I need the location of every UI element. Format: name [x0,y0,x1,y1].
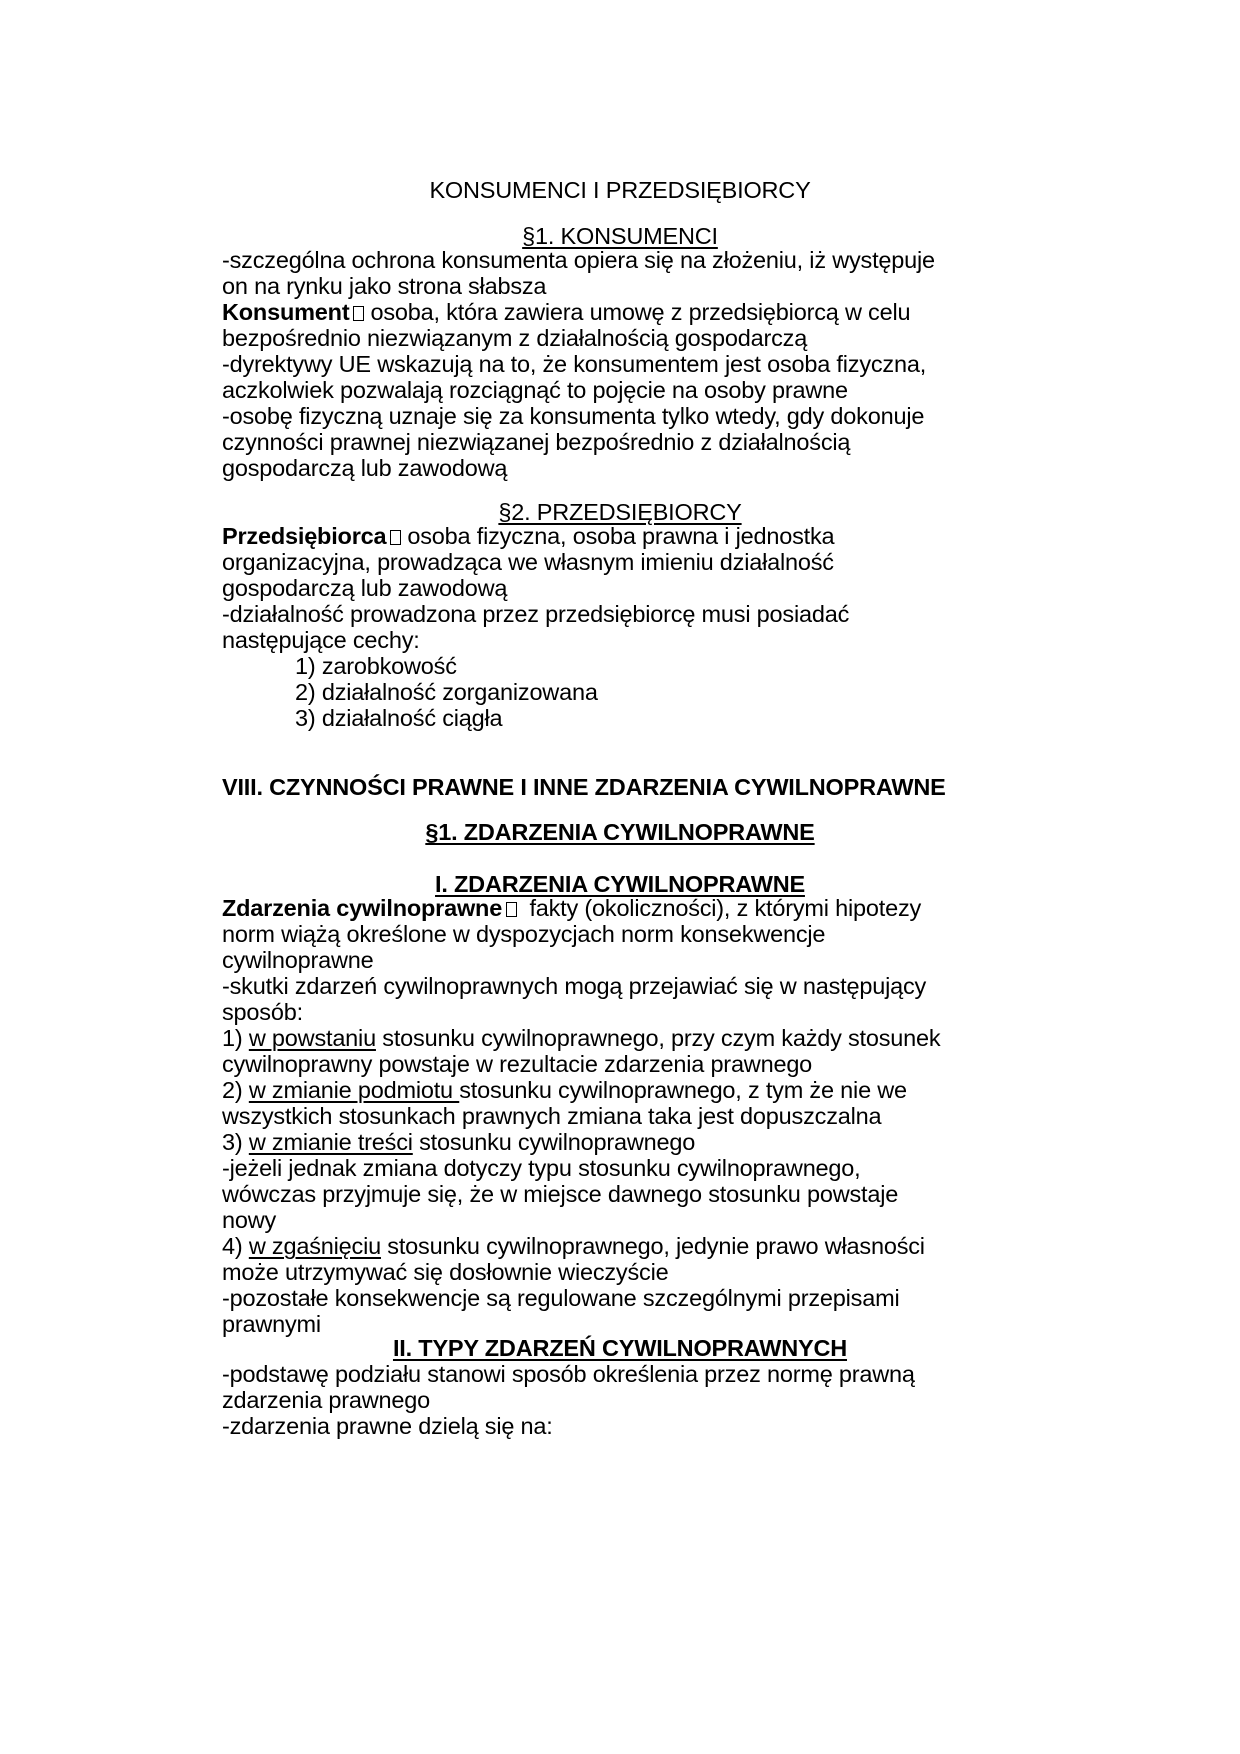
paragraph-line: nowy [222,1206,276,1235]
paragraph-line: organizacyjna, prowadząca we własnym imi… [222,548,834,577]
definition-term: Zdarzenia cywilnoprawne [222,895,502,921]
effect-text: stosunku cywilnoprawnego [413,1129,695,1155]
effect-key: w zmianie treści [249,1129,413,1155]
paragraph-line: może utrzymywać się dosłownie wieczyście [222,1258,668,1287]
feature-list-item: 1) zarobkowość [295,652,457,681]
paragraph-line: gospodarczą lub zawodową [222,574,507,603]
effect-item-2: 2) w zmianie podmiotu stosunku cywilnopr… [222,1076,907,1105]
effect-key: w zmianie podmiotu [249,1077,459,1103]
paragraph-line: cywilnoprawny powstaje w rezultacie zdar… [222,1050,812,1079]
chapter-heading: VIII. CZYNNOŚCI PRAWNE I INNE ZDARZENIA … [222,773,946,802]
definition-text: fakty (okoliczności), z którymi hipotezy [529,895,921,921]
paragraph-line: sposób: [222,998,303,1027]
arrow-placeholder-icon [390,530,401,545]
effect-item-3: 3) w zmianie treści stosunku cywilnopraw… [222,1128,695,1157]
paragraph-line: czynności prawnej niezwiązanej bezpośred… [222,428,850,457]
paragraph-line: -osobę fizyczną uznaje się za konsumenta… [222,402,924,431]
paragraph-line: następujące cechy: [222,626,420,655]
definition-term: Konsument [222,299,349,325]
effect-number: 1) [222,1025,249,1051]
effect-item-1: 1) w powstaniu stosunku cywilnoprawnego,… [222,1024,940,1053]
paragraph-line: on na rynku jako strona słabsza [222,272,546,301]
definition-zdarzenia: Zdarzenia cywilnoprawne fakty (okoliczno… [222,894,921,923]
definition-konsument: Konsumentosoba, która zawiera umowę z pr… [222,298,910,327]
paragraph-line: -działalność prowadzona przez przedsiębi… [222,600,849,629]
document-page: KONSUMENCI I PRZEDSIĘBIORCY §1. KONSUMEN… [0,0,1240,1754]
paragraph-line: zdarzenia prawnego [222,1386,430,1415]
paragraph-line: -pozostałe konsekwencje są regulowane sz… [222,1284,899,1313]
paragraph-line: aczkolwiek pozwalają rozciągnąć to pojęc… [222,376,848,405]
effect-text: stosunku cywilnoprawnego, jedynie prawo … [381,1233,925,1259]
effect-text: stosunku cywilnoprawnego, przy czym każd… [376,1025,941,1051]
paragraph-line: norm wiążą określone w dyspozycjach norm… [222,920,825,949]
paragraph-line: cywilnoprawne [222,946,374,975]
effect-text: stosunku cywilnoprawnego, z tym że nie w… [459,1077,907,1103]
feature-list-item: 3) działalność ciągła [295,704,502,733]
paragraph-line: bezpośrednio niezwiązanym z działalności… [222,324,807,353]
paragraph-line: gospodarczą lub zawodową [222,454,507,483]
subsection-heading: §1. ZDARZENIA CYWILNOPRAWNE [0,818,1240,847]
part-heading-2: II. TYPY ZDARZEŃ CYWILNOPRAWNYCH [0,1334,1240,1363]
definition-text: osoba, która zawiera umowę z przedsiębio… [370,299,910,325]
paragraph-line: -jeżeli jednak zmiana dotyczy typu stosu… [222,1154,861,1183]
definition-term: Przedsiębiorca [222,523,386,549]
arrow-placeholder-icon [506,902,517,917]
effect-item-4: 4) w zgaśnięciu stosunku cywilnoprawnego… [222,1232,925,1261]
effect-number: 3) [222,1129,249,1155]
effect-number: 2) [222,1077,249,1103]
paragraph-line: wszystkich stosunkach prawnych zmiana ta… [222,1102,881,1131]
definition-przedsiebiorca: Przedsiębiorcaosoba fizyczna, osoba praw… [222,522,834,551]
effect-number: 4) [222,1233,249,1259]
arrow-placeholder-icon [353,306,364,321]
feature-list-item: 2) działalność zorganizowana [295,678,598,707]
effect-key: w powstaniu [249,1025,376,1051]
paragraph-line: -skutki zdarzeń cywilnoprawnych mogą prz… [222,972,926,1001]
document-title: KONSUMENCI I PRZEDSIĘBIORCY [0,176,1240,205]
paragraph-line: -podstawę podziału stanowi sposób określ… [222,1360,915,1389]
paragraph-line: wówczas przyjmuje się, że w miejsce dawn… [222,1180,898,1209]
paragraph-line: -zdarzenia prawne dzielą się na: [222,1412,553,1441]
paragraph-line: -dyrektywy UE wskazują na to, że konsume… [222,350,926,379]
paragraph-line: -szczególna ochrona konsumenta opiera si… [222,246,935,275]
effect-key: w zgaśnięciu [249,1233,381,1259]
definition-text: osoba fizyczna, osoba prawna i jednostka [407,523,834,549]
